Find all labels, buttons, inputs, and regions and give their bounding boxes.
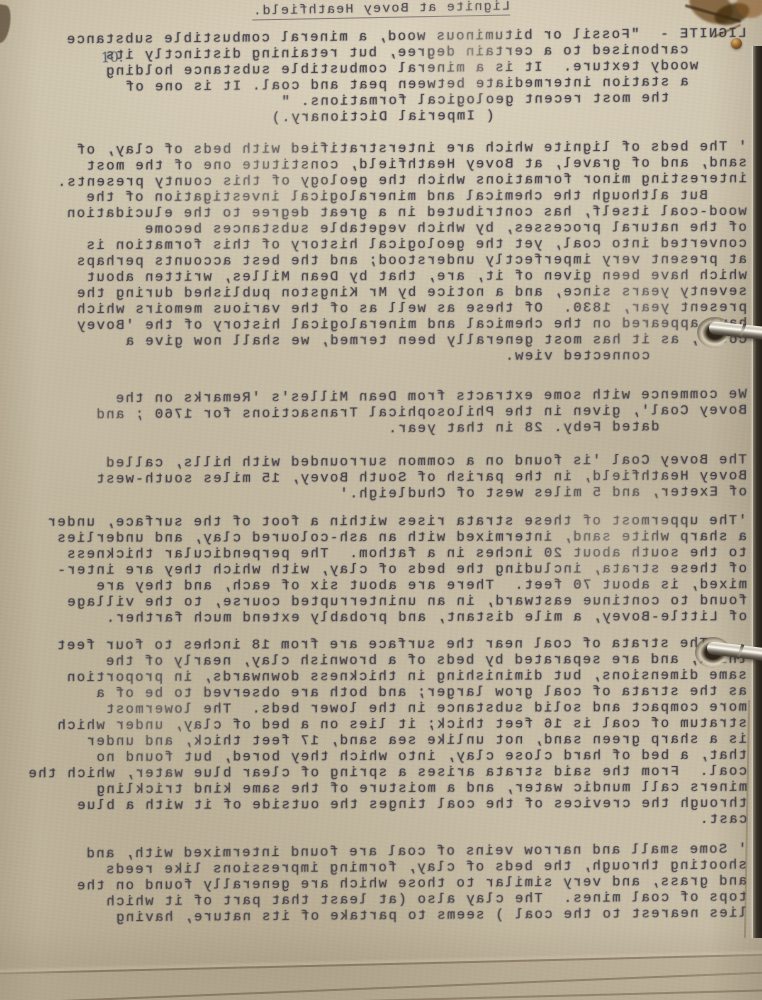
page-number-annotation: 10. bbox=[101, 50, 124, 67]
scanned-page: Lignite at Bovey Heathfield. LIGNITE - "… bbox=[0, 0, 762, 1000]
paragraph-coal-veins: ' Some small and narrow veins of coal ar… bbox=[75, 843, 747, 928]
paragraph-strata-description: 'The uppermost of these strata rises wit… bbox=[46, 514, 747, 628]
rust-dot bbox=[731, 38, 742, 49]
paragraph-milles-extracts-intro: We commence with some extracts from Dean… bbox=[95, 388, 747, 441]
page-title: Lignite at Bovey Heathfield. bbox=[252, 0, 510, 18]
paragraph-coal-strata-detail: The strata of coal near the surface are … bbox=[27, 637, 748, 832]
mirrored-typescript-layer: Lignite at Bovey Heathfield. LIGNITE - "… bbox=[0, 0, 762, 1000]
paragraph-bovey-coal-location: The Bovey Coal 'is found on a common sur… bbox=[95, 453, 747, 504]
page-title-text: Lignite at Bovey Heathfield. bbox=[252, 0, 510, 20]
paragraph-lignite-definition: LIGNITE - "Fossil or bituminous wood, a … bbox=[65, 27, 747, 130]
paragraph-beds-of-lignite: ' The beds of lignite which are interstr… bbox=[56, 140, 747, 192]
paragraph-investigation-history: But although the chemical and mineralogi… bbox=[66, 189, 748, 367]
page-edge-highlight bbox=[750, 46, 753, 938]
